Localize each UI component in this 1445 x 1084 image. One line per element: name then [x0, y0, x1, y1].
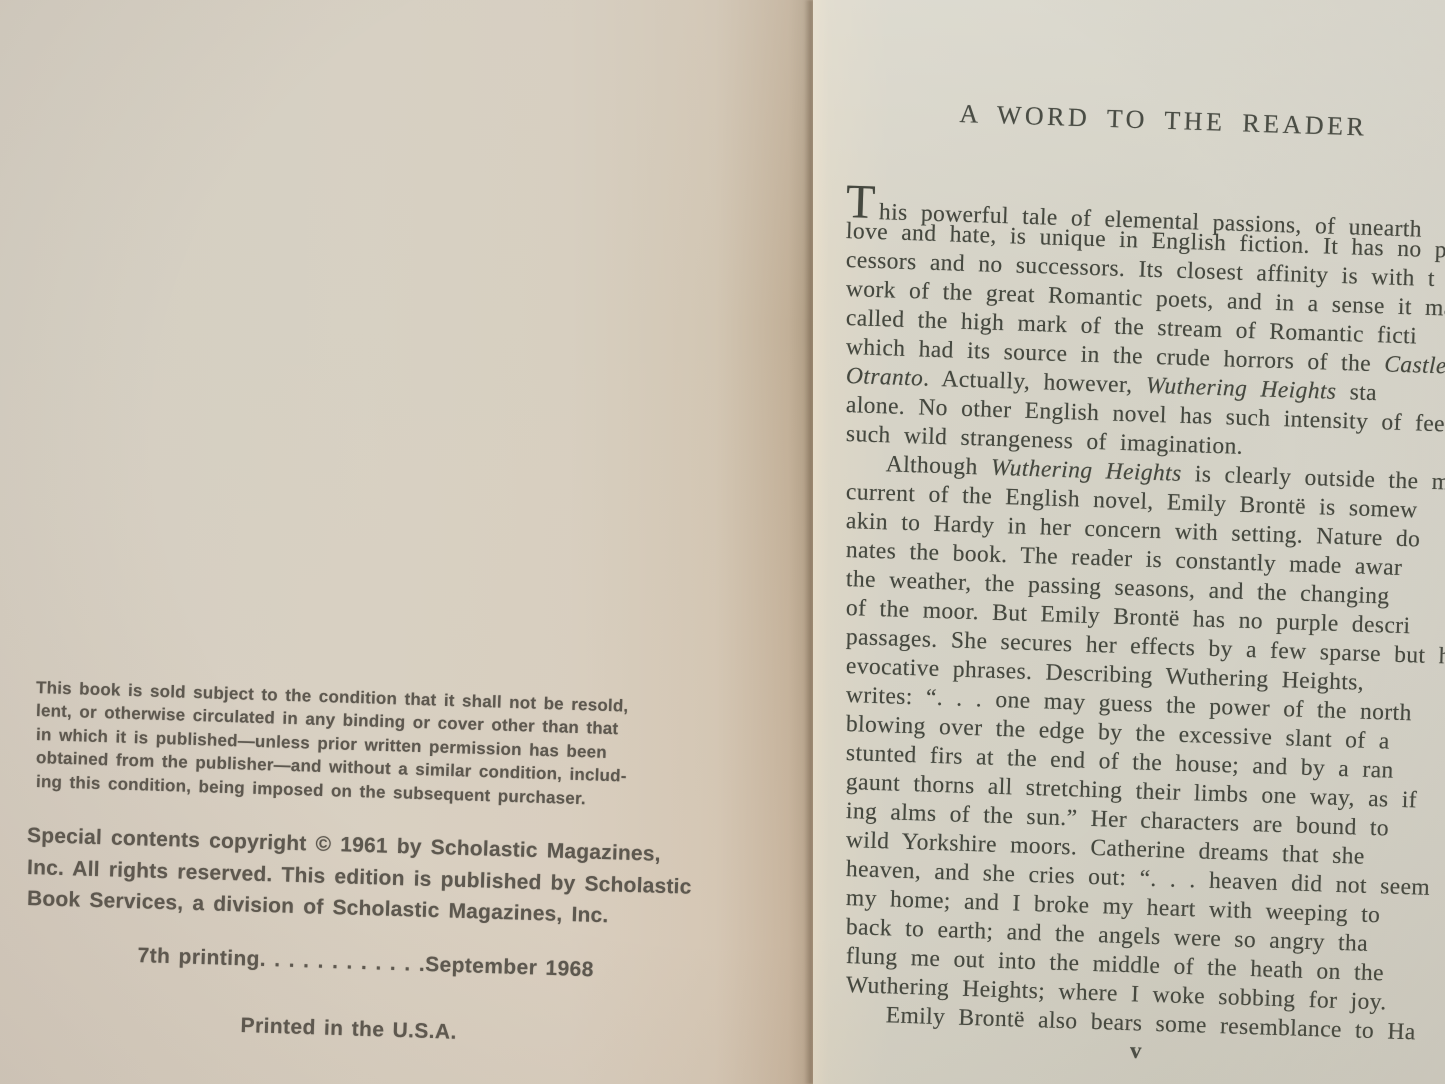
condition-notice: This book is sold subject to the conditi…: [36, 676, 629, 793]
printed-in-usa-line: Printed in the U.S.A.: [240, 1014, 457, 1045]
chapter-title: A WORD TO THE READER: [959, 99, 1368, 143]
drop-cap: T: [846, 187, 876, 217]
printing-history-line: 7th printing. . . . . . . . . . . .Septe…: [137, 944, 594, 982]
left-page: This book is sold subject to the conditi…: [0, 0, 813, 1084]
body-lines: love and hate, is unique in English fict…: [846, 217, 1445, 1029]
right-page: A WORD TO THE READER This powerful tale …: [813, 0, 1445, 1084]
copyright-notice: Special contents copyright © 1961 by Sch…: [27, 820, 692, 915]
open-book-photo: This book is sold subject to the conditi…: [0, 0, 1445, 1084]
page-number: v: [1130, 1038, 1142, 1064]
body-text: This powerful tale of elemental passions…: [846, 188, 1445, 1029]
